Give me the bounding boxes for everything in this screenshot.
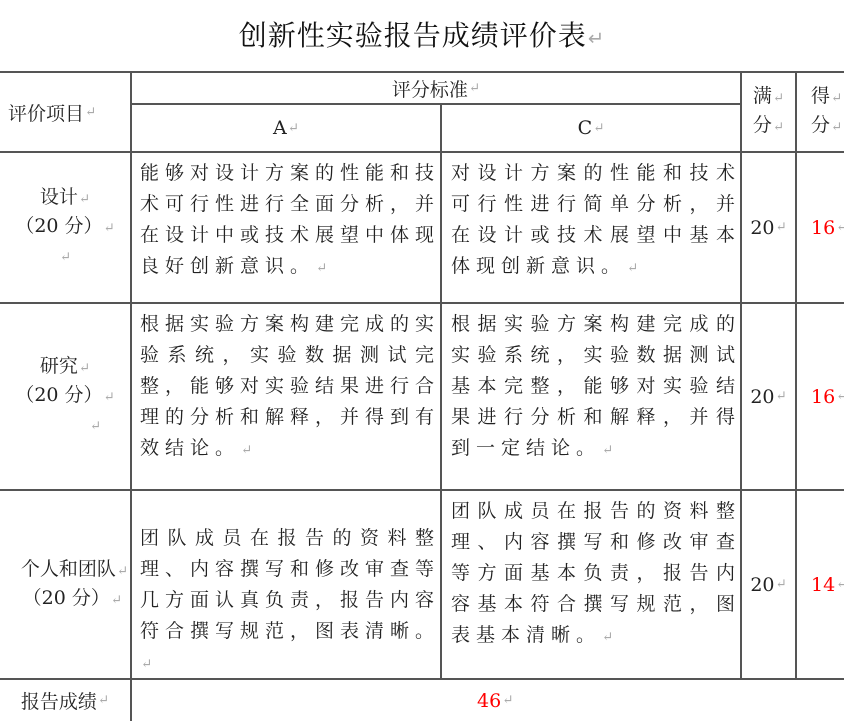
total-label: 报告成绩↵ xyxy=(0,680,130,721)
table-row-research-label: 研究↵ （20 分）↵ ↵ xyxy=(0,304,130,489)
table-row-design-score: 16↵ xyxy=(797,153,844,302)
total-score: 46↵ xyxy=(132,680,844,721)
table-row-team-grade-c: 团队成员在报告的资料整理、内容撰写和修改审查等方面基本负责，报告内容基本符合撰写… xyxy=(451,496,741,653)
table-row-research-full: 20↵ xyxy=(742,304,795,489)
header-obtained-score: 得↵ 分↵ xyxy=(797,73,844,151)
header-item: 评价项目↵ xyxy=(0,73,130,151)
table-row-research-grade-a: 根据实验方案构建完成的实验系统，实验数据测试完整，能够对实验结果进行合理的分析和… xyxy=(140,309,440,466)
table-row-design-label: 设计↵ （20 分）↵ ↵ xyxy=(0,153,130,302)
col-line-item xyxy=(130,71,132,721)
table-row-research-grade-c: 根据实验方案构建完成的实验系统，实验数据测试基本完整，能够对实验结果进行分析和解… xyxy=(451,309,741,466)
table-row-team-full: 20↵ xyxy=(742,491,795,678)
header-standard: 评分标准↵ xyxy=(132,73,740,103)
table-row-team-score: 14↵ xyxy=(797,491,844,678)
header-grade-c: C↵ xyxy=(442,105,740,151)
table-row-team-grade-a: 团队成员在报告的资料整理、内容撰写和修改审查等几方面认真负责，报告内容符合撰写规… xyxy=(140,523,440,680)
table-row-team-label: 个人和团队↵ （20 分）↵ xyxy=(0,491,130,678)
header-grade-a: A↵ xyxy=(132,105,440,151)
page-title: 创新性实验报告成绩评价表↵ xyxy=(0,14,844,54)
table-row-design-grade-c: 对设计方案的性能和技术可行性进行简单分析，并在设计或技术展望中基本体现创新意识。… xyxy=(451,158,741,284)
table-row-research-score: 16↵ xyxy=(797,304,844,489)
header-full-score: 满↵ 分↵ xyxy=(742,73,795,151)
col-line-ac xyxy=(440,103,442,680)
table-row-design-grade-a: 能够对设计方案的性能和技术可行性进行全面分析，并在设计中或技术展望中体现良好创新… xyxy=(140,158,440,284)
table-row-design-full: 20↵ xyxy=(742,153,795,302)
